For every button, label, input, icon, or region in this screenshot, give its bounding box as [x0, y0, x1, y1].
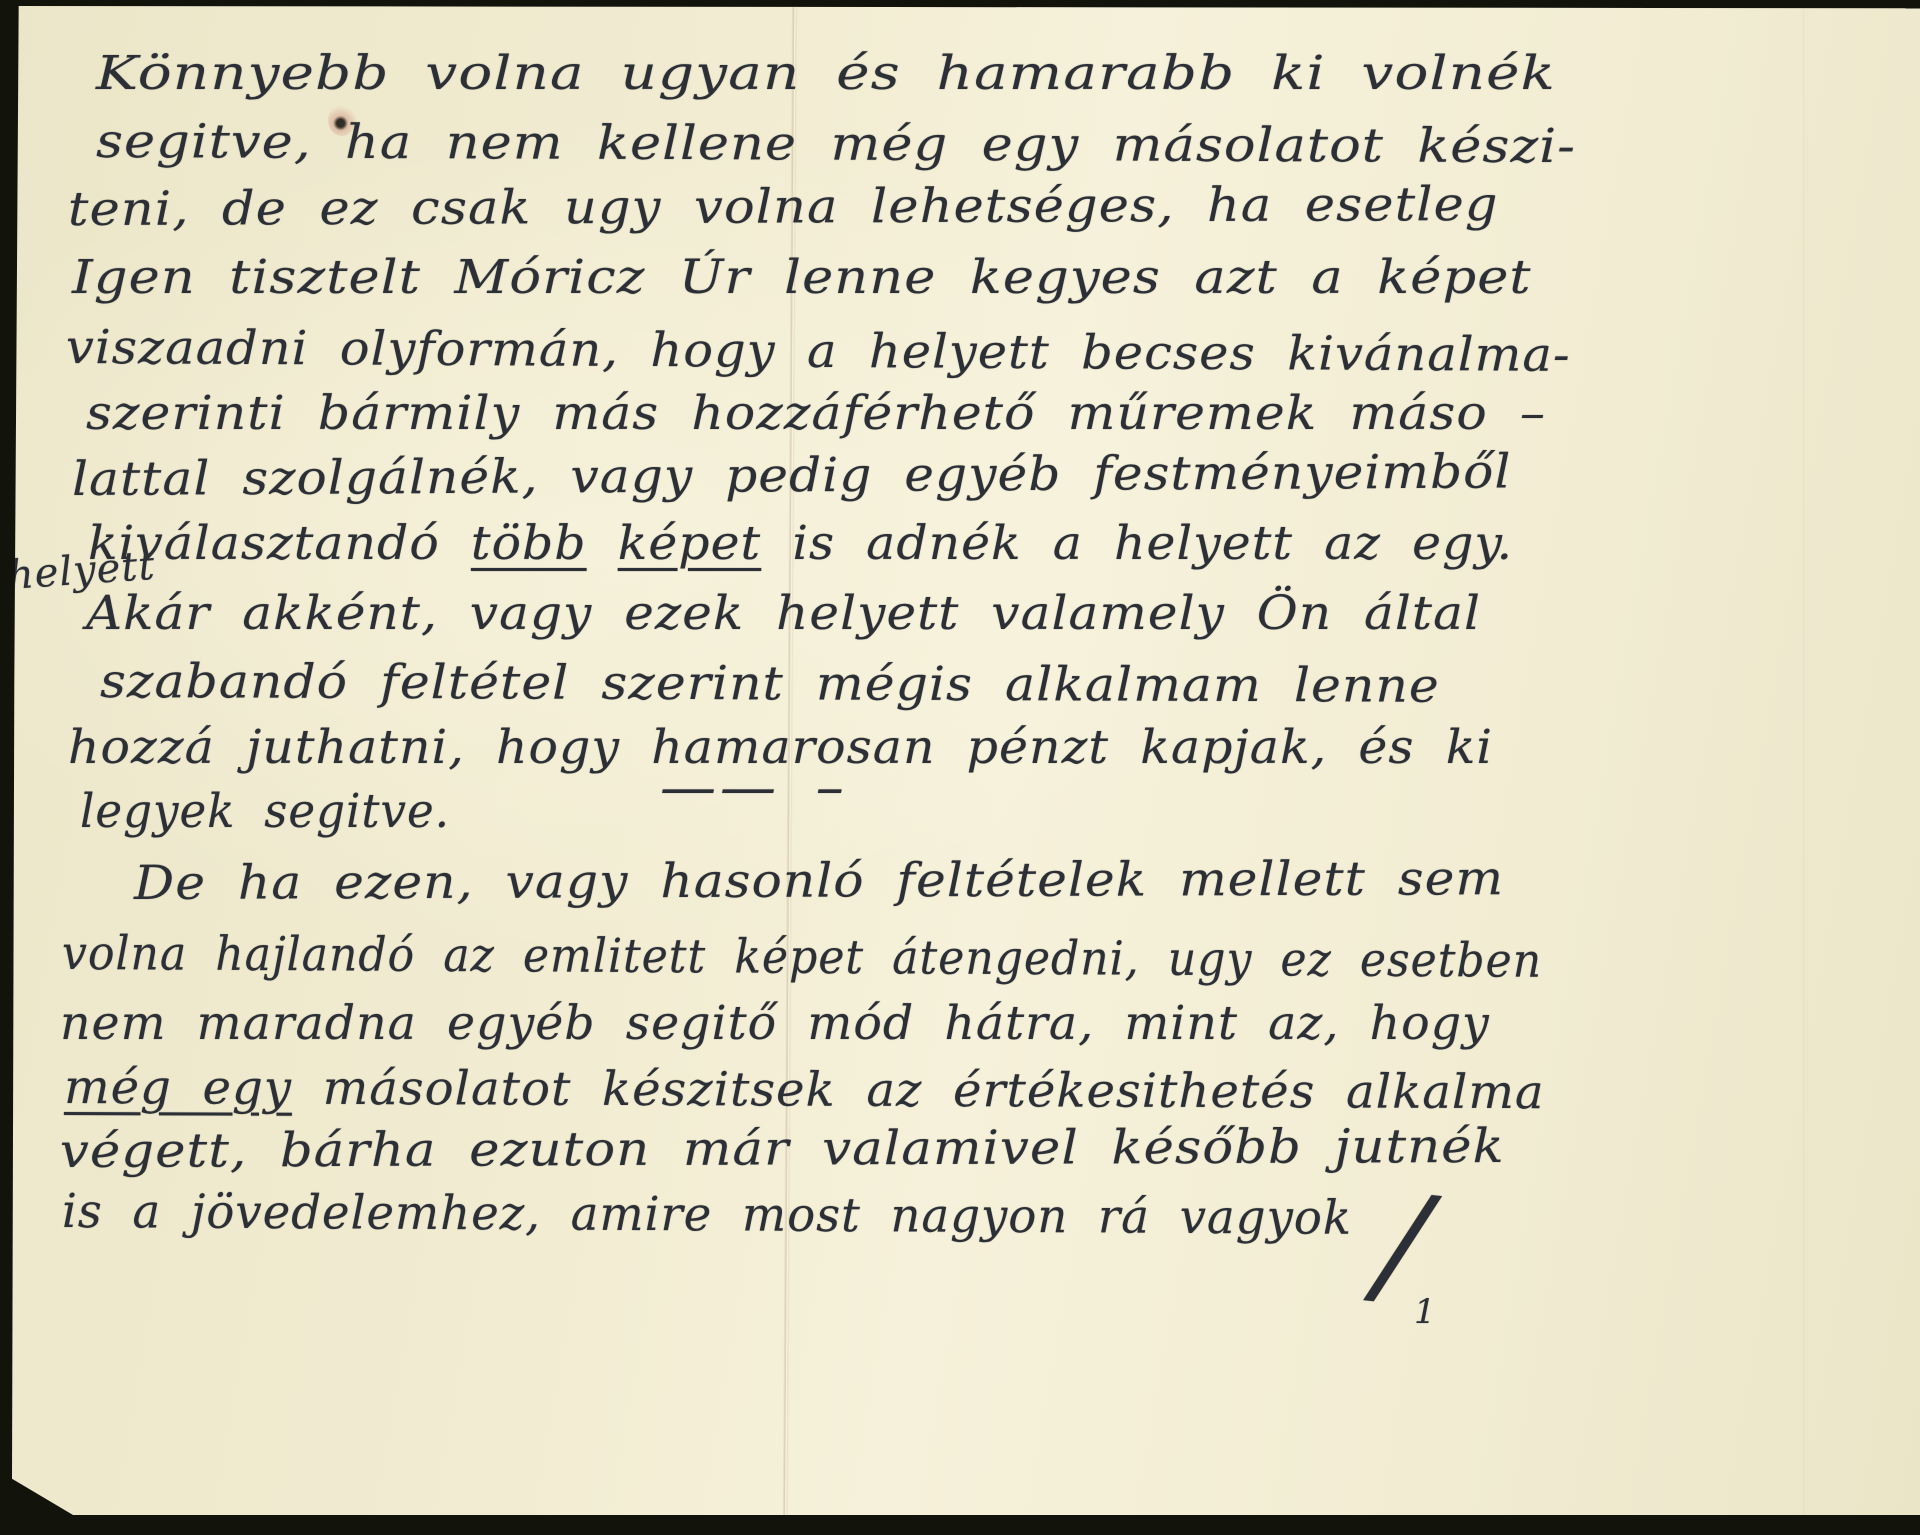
letter-line-11: hozzá juthatni, hogy hamarosan pénzt kap…: [68, 720, 1493, 776]
letter-line-9: Akár akként, vagy ezek helyett valamely …: [86, 586, 1481, 642]
letter-line-18: is a jövedelemhez, amire most nagyon rá …: [62, 1184, 1352, 1247]
letter-line-13: De ha ezen, vagy hasonló feltételek mell…: [134, 851, 1504, 912]
line-text: legyek segitve.: [80, 784, 450, 839]
line-text: Könnyebb volna ugyan és hamarabb ki voln…: [96, 46, 1556, 101]
scanned-letter: helyett —— – / 1 Könnyebb volna ugyan és…: [0, 0, 1920, 1535]
letter-line-15: nem maradna egyéb segitő mód hátra, mint…: [60, 996, 1490, 1052]
letter-line-6: szerinti bármily más hozzáférhető műreme…: [86, 386, 1546, 442]
text-layer: helyett —— – / 1 Könnyebb volna ugyan és…: [12, 6, 1920, 1515]
line-text: segitve, ha nem kellene még egy másolato…: [96, 114, 1576, 174]
line-text: szabandó feltétel szerint mégis alkalmam…: [100, 654, 1440, 714]
line-text: volna hajlandó az emlitett képet átenged…: [62, 926, 1542, 989]
letter-line-7: lattal szolgálnék, vagy pedig egyéb fest…: [72, 444, 1512, 508]
letter-line-14: volna hajlandó az emlitett képet átenged…: [62, 926, 1542, 990]
letter-line-2: segitve, ha nem kellene még egy másolato…: [96, 114, 1576, 176]
line-text: nem maradna egyéb segitő mód hátra, mint…: [60, 996, 1490, 1051]
line-text: végett, bárha ezuton már valamivel későb…: [60, 1119, 1505, 1179]
line-text: szerinti bármily más hozzáférhető műreme…: [86, 386, 1546, 441]
line-text: Akár akként, vagy ezek helyett valamely …: [86, 586, 1481, 641]
letter-line-8: kiválasztandó több képet is adnék a hely…: [88, 516, 1513, 572]
line-text: De ha ezen, vagy hasonló feltételek mell…: [134, 851, 1504, 911]
line-text: [587, 516, 618, 571]
underlined-word: még egy: [64, 1060, 292, 1116]
letter-line-3: teni, de ez csak ugy volna lehetséges, h…: [68, 177, 1499, 238]
line-text: viszaadni olyformán, hogy a helyett becs…: [66, 320, 1571, 383]
letter-line-17: végett, bárha ezuton már valamivel későb…: [60, 1119, 1505, 1180]
letter-line-4: Igen tisztelt Móricz Úr lenne kegyes azt…: [72, 250, 1532, 306]
underlined-word: képet: [618, 516, 761, 571]
letter-line-12: legyek segitve.: [80, 784, 450, 840]
underlined-word: több: [471, 516, 587, 571]
line-text: másolatot készitsek az értékesithetés al…: [292, 1061, 1545, 1120]
line-text: is adnék a helyett az egy.: [761, 516, 1513, 571]
letter-line-10: szabandó feltétel szerint mégis alkalmam…: [100, 654, 1440, 715]
line-text: lattal szolgálnék, vagy pedig egyéb fest…: [72, 444, 1512, 507]
flourish-mark: 1: [1414, 1292, 1437, 1333]
letter-line-5: viszaadni olyformán, hogy a helyett becs…: [66, 320, 1571, 384]
line-text: kiválasztandó: [88, 516, 471, 571]
letter-line-16: még egy másolatot készitsek az értékesit…: [64, 1060, 1545, 1122]
line-text: Igen tisztelt Móricz Úr lenne kegyes azt…: [72, 250, 1532, 305]
line-text: teni, de ez csak ugy volna lehetséges, h…: [68, 177, 1499, 237]
line-text: hozzá juthatni, hogy hamarosan pénzt kap…: [68, 720, 1493, 775]
letter-line-1: Könnyebb volna ugyan és hamarabb ki voln…: [96, 46, 1556, 102]
letter-page: helyett —— – / 1 Könnyebb volna ugyan és…: [12, 6, 1920, 1515]
line-text: is a jövedelemhez, amire most nagyon rá …: [62, 1184, 1352, 1246]
